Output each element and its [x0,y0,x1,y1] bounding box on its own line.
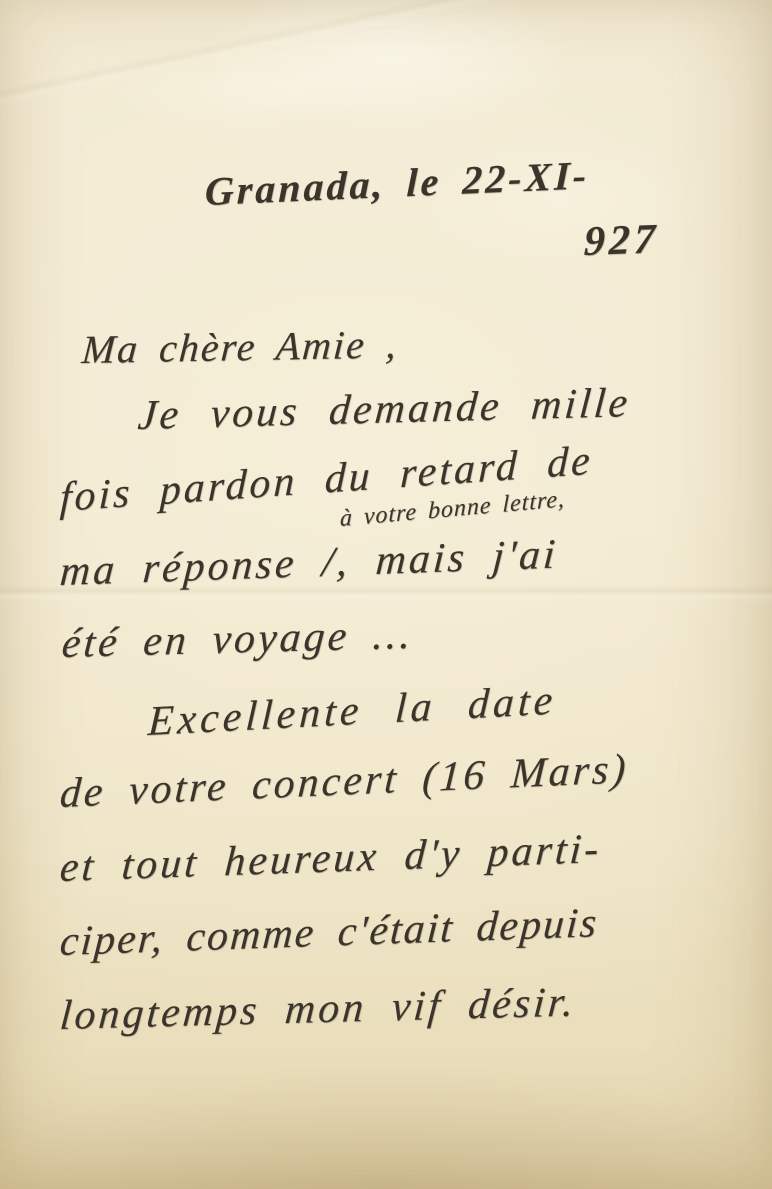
body-line: longtemps mon vif désir. [58,978,578,1040]
letter-page: Granada, le 22-XI- 927 Ma chère Amie , J… [0,0,772,1189]
body-line: de votre concert (16 Mars) [59,745,630,818]
salutation: Ma chère Amie , [80,320,399,373]
body-line: été en voyage ... [60,611,415,668]
body-line: Je vous demande mille [136,379,632,440]
dateline-year: 927 [583,215,660,266]
body-line: Excellente la date [147,677,558,747]
body-line: ciper, comme c'était depuis [58,899,600,966]
body-line: ma réponse /, mais j'ai [58,531,559,597]
body-line: et tout heureux d'y parti- [58,825,603,892]
dateline-place-date: Granada, le 22-XI- [204,151,589,215]
